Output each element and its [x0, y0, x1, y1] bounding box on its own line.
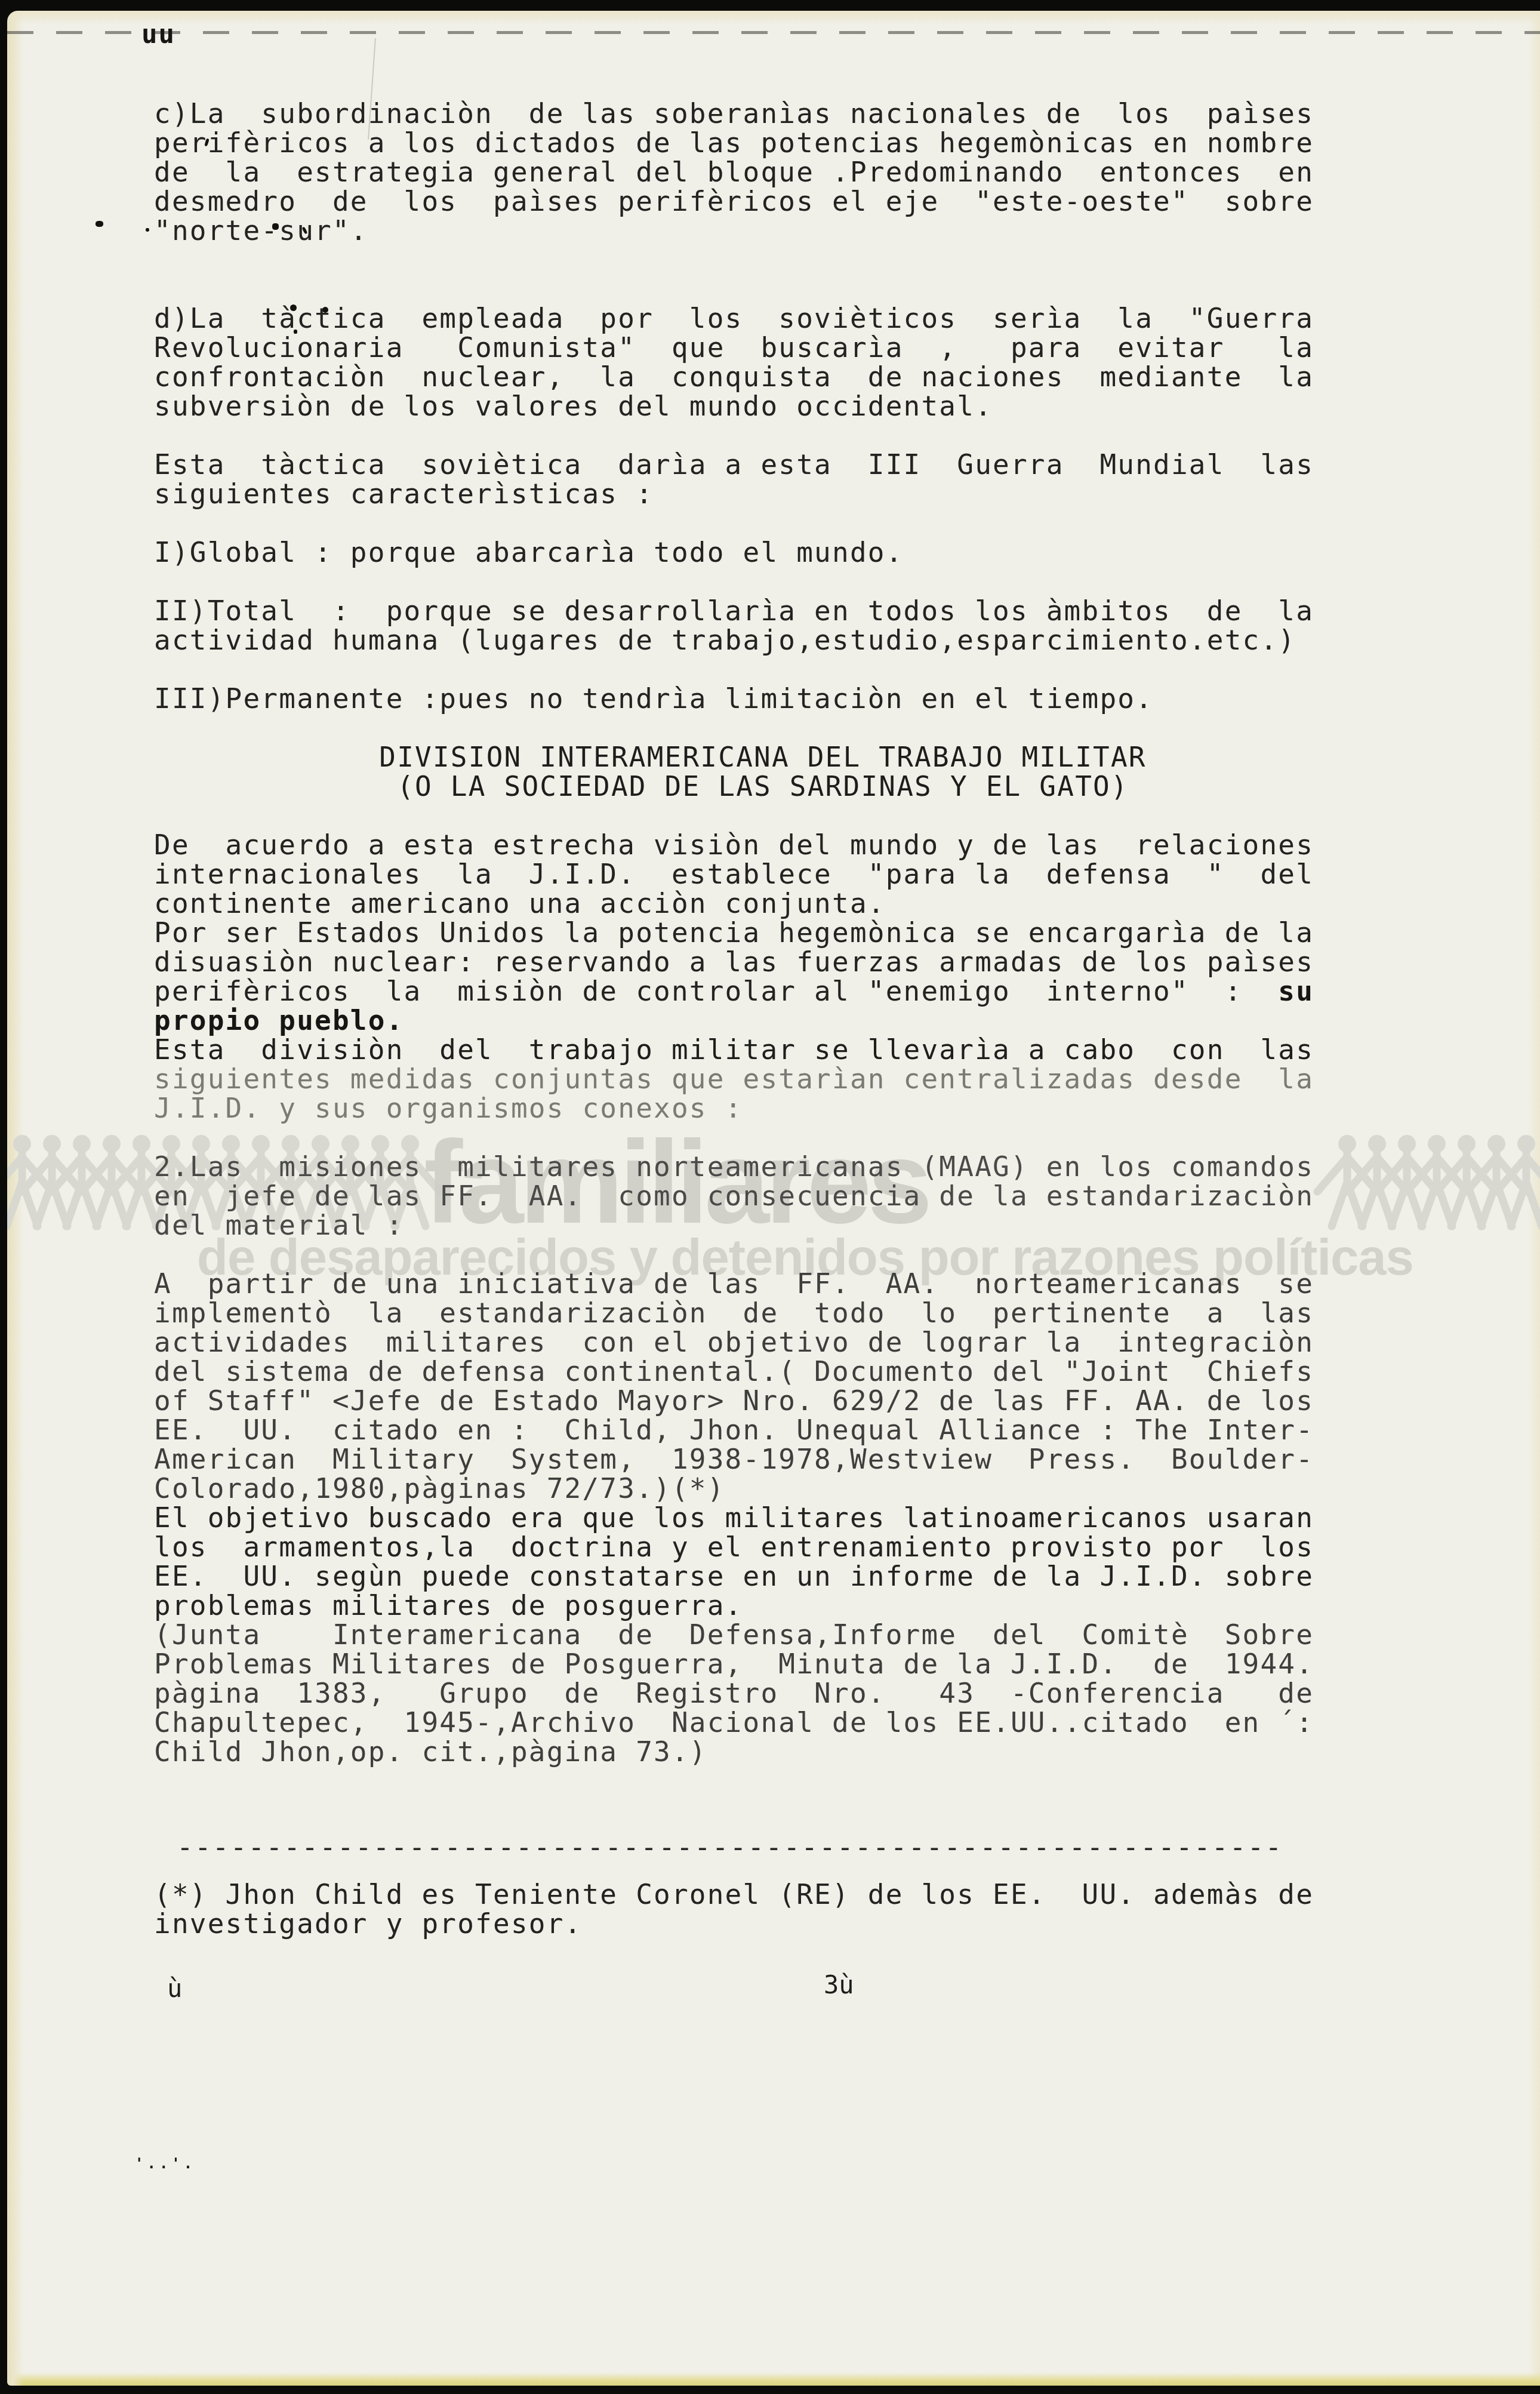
- paragraph-por-ser: Por ser Estados Unidos la potencia hegem…: [154, 918, 1324, 1035]
- paragraph-d: d)La tàctica empleada por los sovièticos…: [154, 304, 1324, 421]
- top-margin-mark: uu: [141, 19, 175, 50]
- section-heading: DIVISION INTERAMERICANA DEL TRABAJO MILI…: [154, 743, 1324, 801]
- scanned-page: uu familiares de de: [7, 11, 1540, 2386]
- footnote-text: (*) Jhon Child es Teniente Coronel (RE) …: [154, 1880, 1324, 1938]
- paragraph-2-las: 2.Las misiones militares norteamericanas…: [154, 1152, 1324, 1240]
- page-number: 3ù: [824, 1970, 854, 1999]
- list-item-permanente: III)Permanente :pues no tendrìa limitaci…: [154, 684, 1324, 713]
- paragraph-a-partir: A partir de una iniciativa de las FF. AA…: [154, 1269, 1324, 1503]
- list-item-total: II)Total : porque se desarrollarìa en to…: [154, 596, 1324, 655]
- paragraph-esta-tactica: Esta tàctica soviètica darìa a esta III …: [154, 450, 1324, 509]
- footnote-separator: ----------------------------------------…: [154, 1833, 1324, 1862]
- paragraph-c: c)La subordinaciòn de las soberanìas nac…: [154, 99, 1324, 245]
- list-item-global: I)Global : porque abarcarìa todo el mund…: [154, 538, 1324, 567]
- paragraph-esta-division: Esta divisiòn del trabajo militar se lle…: [154, 1035, 1324, 1123]
- paragraph-esta-division-faded-text: siguientes medidas conjuntas que estarìa…: [154, 1063, 1314, 1124]
- paragraph-junta: (Junta Interamericana de Defensa,Informe…: [154, 1620, 1324, 1767]
- fold-line: [7, 31, 1540, 34]
- bottom-left-mark: ù: [167, 1974, 182, 2003]
- footnote-block: ----------------------------------------…: [154, 1833, 1324, 1938]
- paragraph-de-acuerdo: De acuerdo a esta estrecha visiòn del mu…: [154, 830, 1324, 918]
- ink-speck: [146, 228, 149, 232]
- bottom-ink-specks: '..'.: [135, 2155, 196, 2172]
- document-body: c)La subordinaciòn de las soberanìas nac…: [154, 99, 1324, 1767]
- paragraph-objetivo: El objetivo buscado era que los militare…: [154, 1503, 1324, 1620]
- ink-speck: [96, 221, 103, 227]
- paragraph-esta-division-dark-text: Esta divisiòn del trabajo militar se lle…: [154, 1033, 1314, 1066]
- paragraph-por-ser-text: Por ser Estados Unidos la potencia hegem…: [154, 916, 1314, 1007]
